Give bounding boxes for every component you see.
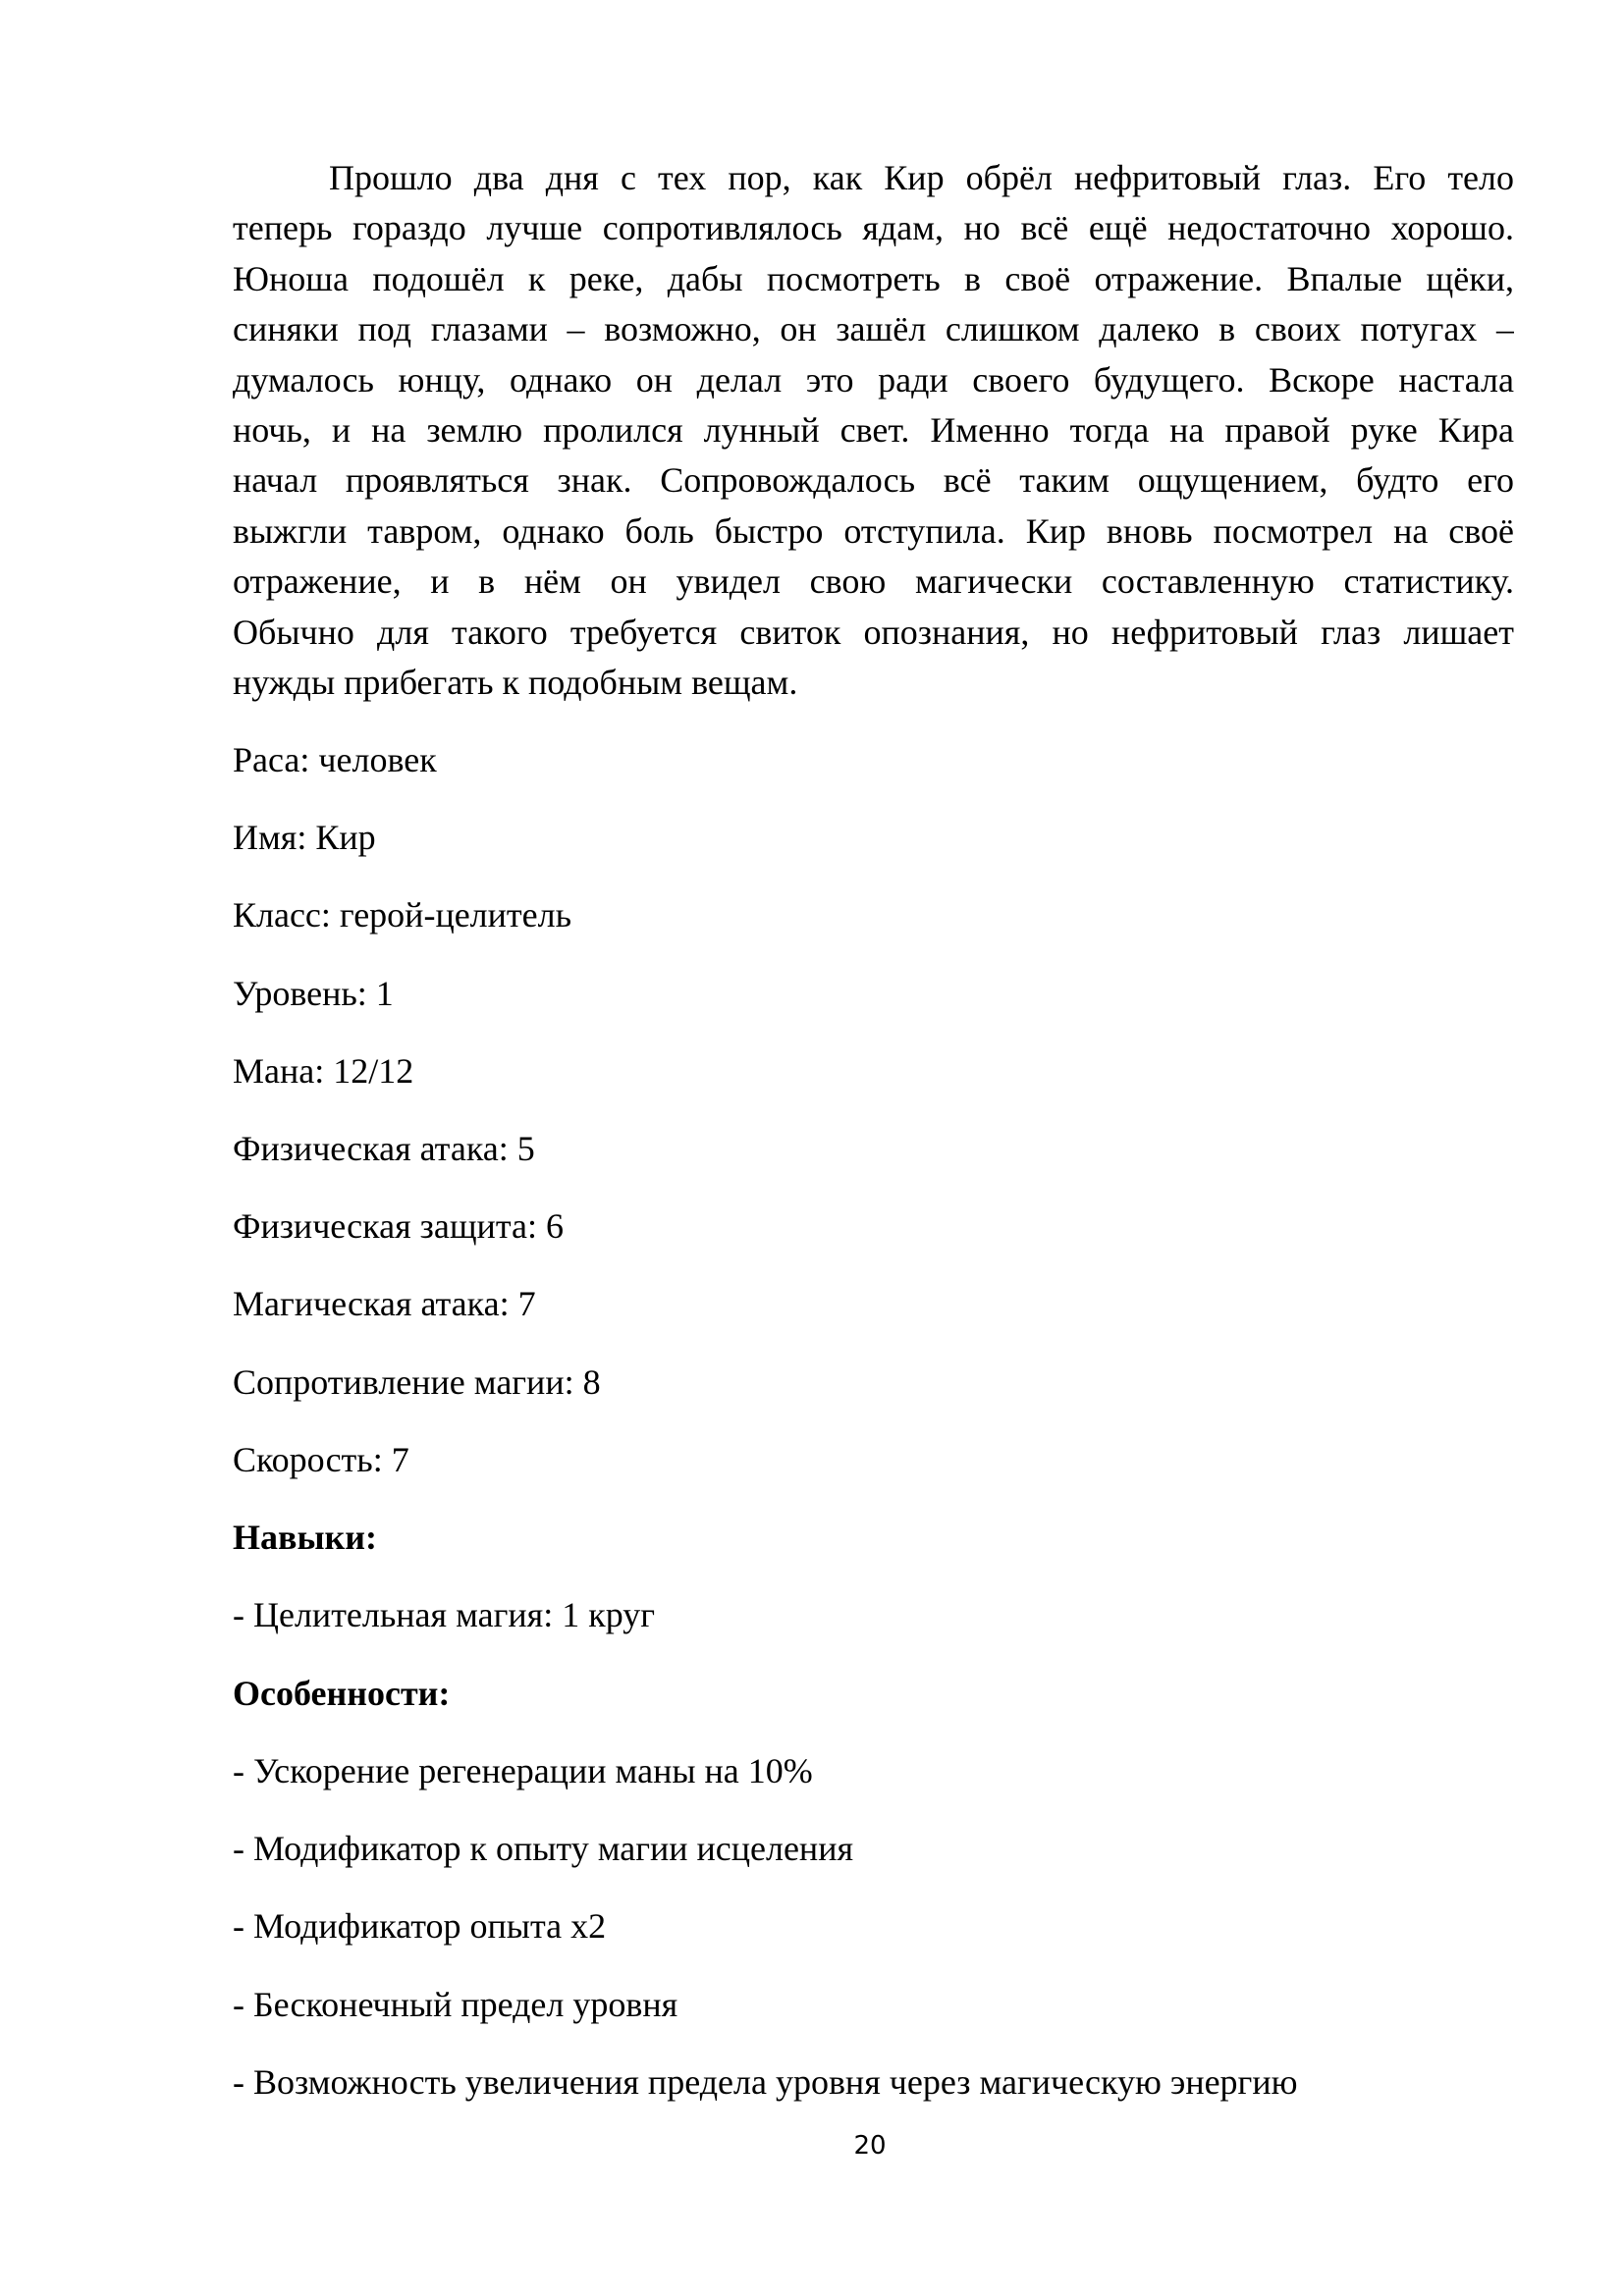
- paragraph-line: ночь, и на землю пролился лунный свет. И…: [233, 410, 1514, 450]
- paragraph-line: Юноша подошёл к реке, дабы посмотреть в …: [233, 259, 1514, 298]
- paragraph-line: думалось юнцу, однако он делал это ради …: [233, 360, 1514, 400]
- stat-physical-attack: Физическая атака: 5: [233, 1129, 535, 1168]
- stat-name: Имя: Кир: [233, 818, 376, 857]
- skill-item: - Целительная магия: 1 круг: [233, 1595, 655, 1634]
- stat-speed: Скорость: 7: [233, 1440, 409, 1479]
- feature-item: - Модификатор опыта x2: [233, 1906, 606, 1946]
- paragraph-line: Прошло два дня с тех пор, как Кир обрёл …: [329, 158, 1514, 197]
- stat-magic-resistance: Сопротивление магии: 8: [233, 1362, 601, 1402]
- stat-level: Уровень: 1: [233, 974, 394, 1013]
- paragraph-line: отражение, и в нём он увидел свою магиче…: [233, 561, 1514, 601]
- feature-item: - Бесконечный предел уровня: [233, 1985, 677, 2024]
- paragraph-line: нужды прибегать к подобным вещам.: [233, 663, 1514, 702]
- paragraph-line: Обычно для такого требуется свиток опозн…: [233, 613, 1514, 652]
- feature-item: - Возможность увеличения предела уровня …: [233, 2062, 1297, 2102]
- features-heading: Особенности:: [233, 1674, 450, 1713]
- paragraph-line: выжгли тавром, однако боль быстро отступ…: [233, 511, 1514, 551]
- stat-mana: Мана: 12/12: [233, 1051, 413, 1091]
- paragraph-line: синяки под глазами – возможно, он зашёл …: [233, 309, 1514, 348]
- stat-magic-attack: Магическая атака: 7: [233, 1284, 536, 1323]
- page-number: 20: [772, 2130, 968, 2162]
- stat-race: Раса: человек: [233, 740, 437, 779]
- stat-physical-defense: Физическая защита: 6: [233, 1206, 564, 1246]
- feature-item: - Ускорение регенерации маны на 10%: [233, 1751, 813, 1790]
- paragraph-line: начал проявляться знак. Сопровождалось в…: [233, 460, 1514, 500]
- paragraph-line: теперь гораздо лучше сопротивлялось ядам…: [233, 208, 1514, 247]
- stat-class: Класс: герой-целитель: [233, 895, 571, 934]
- document-page: Прошло два дня с тех пор, как Кир обрёл …: [0, 0, 1624, 2296]
- skills-heading: Навыки:: [233, 1518, 377, 1557]
- feature-item: - Модификатор к опыту магии исцеления: [233, 1829, 853, 1868]
